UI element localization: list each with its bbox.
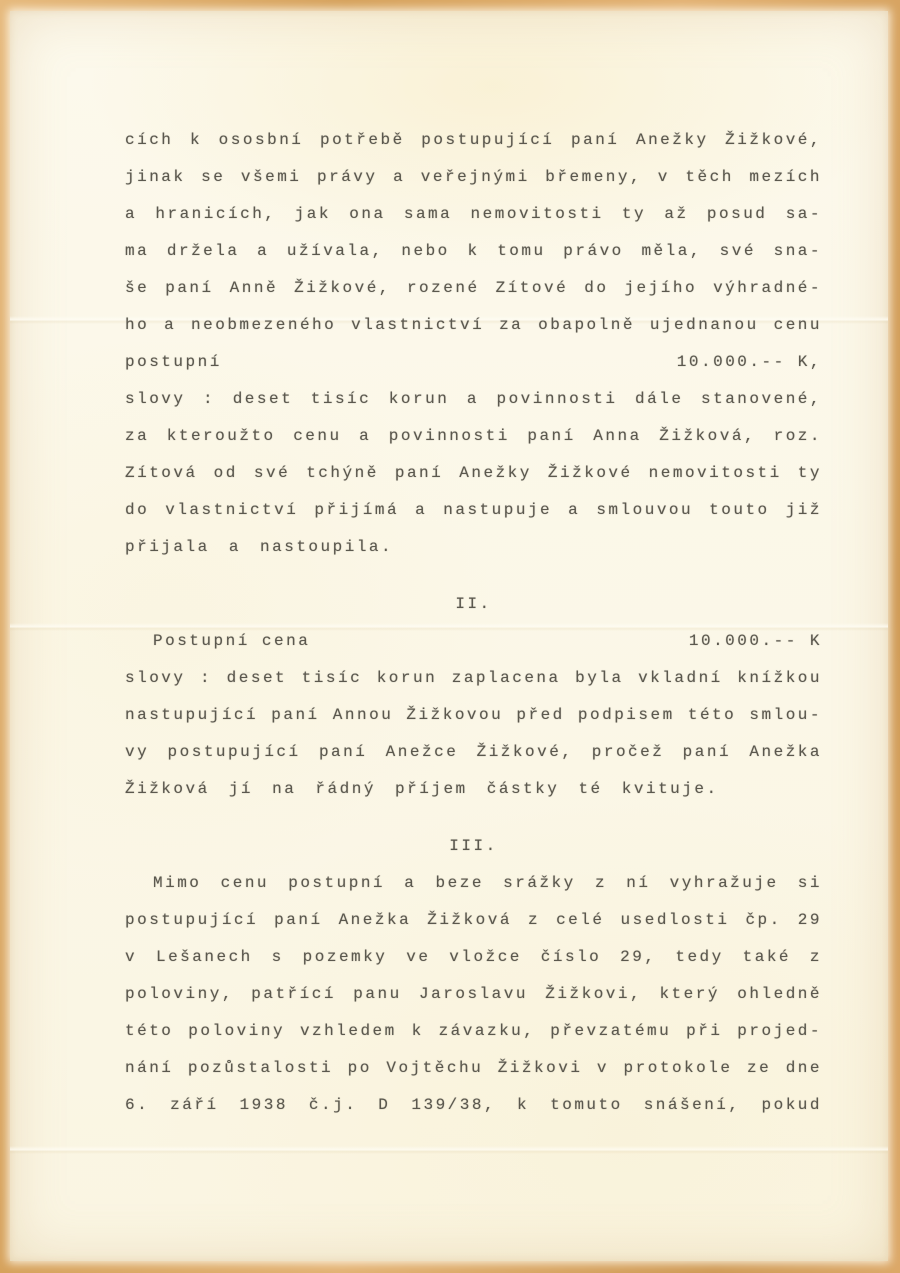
paper-crease [10,1146,888,1154]
text-line: této poloviny vzhledem k závazku, převza… [125,1013,822,1050]
text-line: postupní10.000.-- K, [125,344,822,381]
text-line: do vlastnictví přijímá a nastupuje a sml… [125,492,822,529]
text-line: Žižková jí na řádný příjem částky té kvi… [125,771,822,808]
section-heading: III. [125,828,822,865]
text-line: postupující paní Anežka Žižková z celé u… [125,902,822,939]
section-heading: II. [125,586,822,623]
text-line: še paní Anně Žižkové, rozené Zítové do j… [125,270,822,307]
text-line: poloviny, patřící panu Jaroslavu Žižkovi… [125,976,822,1013]
text-line: a hranicích, jak ona sama nemovitosti ty… [125,196,822,233]
text-line: nastupující paní Annou Žižkovou před pod… [125,697,822,734]
text-line: slovy : deset tisíc korun zaplacena byla… [125,660,822,697]
text-line: ho a neobmezeného vlastnictví za obapoln… [125,307,822,344]
text-line: jinak se všemi právy a veřejnými břemeny… [125,159,822,196]
text-line: 6. září 1938 č.j. D 139/38, k tomuto sná… [125,1087,822,1124]
text-line: cích k ososbní potřebě postupující paní … [125,122,822,159]
text-line: nání pozůstalosti po Vojtěchu Žižkovi v … [125,1050,822,1087]
scanned-document: cích k ososbní potřebě postupující paní … [0,0,900,1273]
text-line: přijala a nastoupila. [125,529,822,566]
text-line: za kteroužto cenu a povinnosti paní Anna… [125,418,822,455]
paper-page: cích k ososbní potřebě postupující paní … [10,11,888,1261]
line-amount-text: 10.000.-- K [689,623,822,660]
text-line: ma držela a užívala, nebo k tomu právo m… [125,233,822,270]
document-text: cích k ososbní potřebě postupující paní … [125,122,822,1124]
line-left-text: postupní [125,344,222,381]
text-line: Mimo cenu postupní a beze srážky z ní vy… [125,865,822,902]
text-line: slovy : deset tisíc korun a povinnosti d… [125,381,822,418]
text-line: vy postupující paní Anežce Žižkové, proč… [125,734,822,771]
line-amount-text: 10.000.-- K, [677,344,822,381]
text-line: v Lešanech s pozemky ve vložce číslo 29,… [125,939,822,976]
line-left-text: Postupní cena [153,623,310,660]
text-line: Postupní cena10.000.-- K [125,623,822,660]
text-line: Zítová od své tchýně paní Anežky Žižkové… [125,455,822,492]
